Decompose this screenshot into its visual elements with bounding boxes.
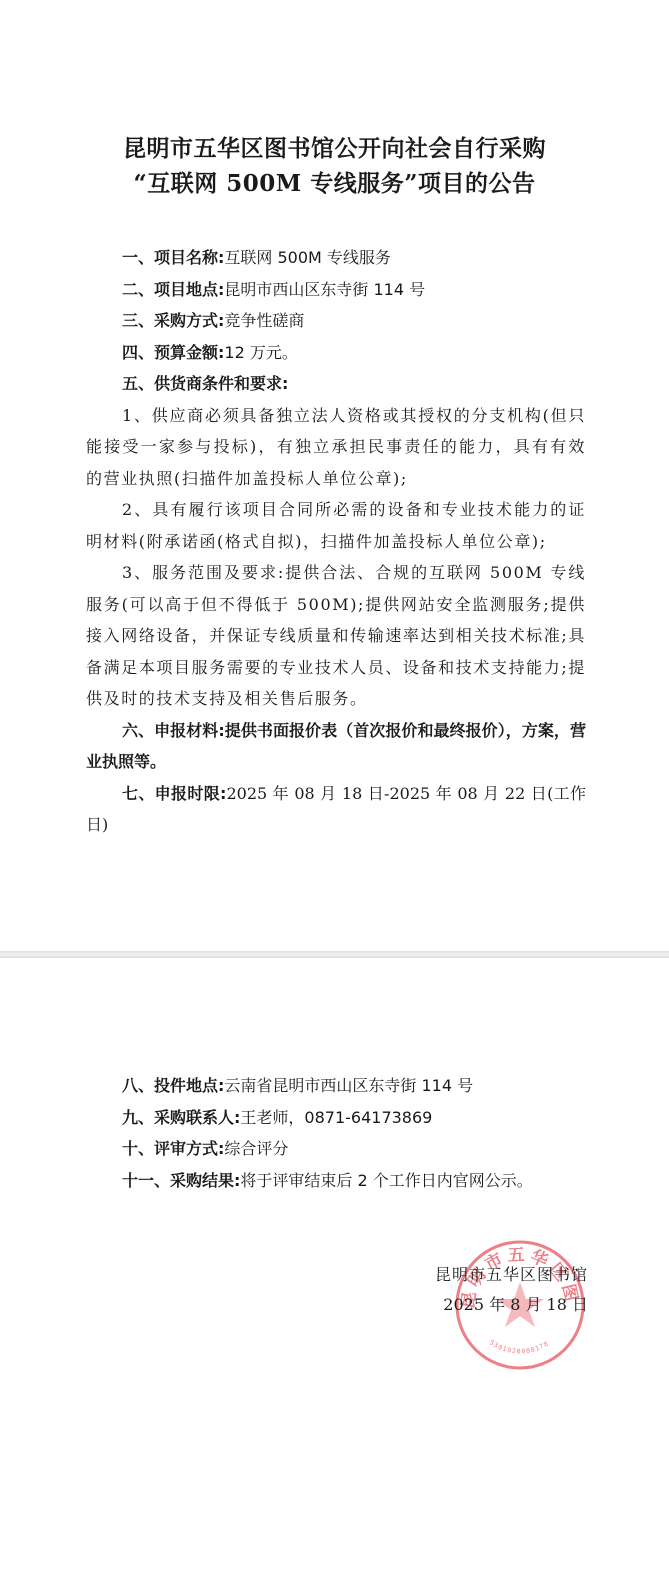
signature-block: 昆明市五华区图书馆 2025 年 8 月 18 日 <box>410 1260 588 1320</box>
item-submission-deadline: 七、申报时限:2025 年 08 月 18 日-2025 年 08 月 22 日… <box>86 778 586 841</box>
document-title-line-2: “互联网 500M 专线服务”项目的公告 <box>0 166 669 201</box>
item-procurement-method: 三、采购方式:竞争性磋商 <box>86 305 586 337</box>
item-label: 十一、采购结果: <box>122 1171 240 1190</box>
item-evaluation-method: 十、评审方式:综合评分 <box>86 1133 586 1165</box>
item-value: 王老师，0871-64173869 <box>240 1108 432 1127</box>
item-label: 四、预算金额: <box>122 343 224 362</box>
item-label: 十、评审方式: <box>122 1139 224 1158</box>
item-value: 综合评分 <box>224 1139 288 1158</box>
requirement-2: 2、具有履行该项目合同所必需的设备和专业技术能力的证明材料(附承诺函(格式自拟)… <box>86 494 586 557</box>
item-value: 云南省昆明市西山区东寺街 114 号 <box>224 1076 473 1095</box>
item-budget: 四、预算金额:12 万元。 <box>86 337 586 369</box>
item-value: 互联网 500M 专线服务 <box>224 248 391 267</box>
item-label: 九、采购联系人: <box>122 1108 240 1127</box>
item-procurement-contact: 九、采购联系人:王老师，0871-64173869 <box>86 1102 586 1134</box>
item-project-name: 一、项目名称:互联网 500M 专线服务 <box>86 242 586 274</box>
signature-organization: 昆明市五华区图书馆 <box>410 1260 588 1290</box>
requirement-3: 3、服务范围及要求:提供合法、合规的互联网 500M 专线服务(可以高于但不得低… <box>86 557 586 715</box>
item-label: 一、项目名称: <box>122 248 224 267</box>
announcement-body-continued: 八、投件地点:云南省昆明市西山区东寺街 114 号 九、采购联系人:王老师，08… <box>86 1070 586 1196</box>
announcement-body: 一、项目名称:互联网 500M 专线服务 二、项目地点:昆明市西山区东寺街 11… <box>86 242 586 841</box>
item-value: 竞争性磋商 <box>224 311 304 330</box>
item-value: 将于评审结束后 2 个工作日内官网公示。 <box>240 1171 532 1190</box>
item-supplier-requirements: 五、供货商条件和要求: <box>86 368 586 400</box>
svg-text:5301020008178: 5301020008178 <box>488 1338 550 1355</box>
item-label: 八、投件地点: <box>122 1076 224 1095</box>
item-label: 六、申报材料: <box>122 721 225 740</box>
page-separator <box>0 951 669 958</box>
item-label: 三、采购方式: <box>122 311 224 330</box>
item-label: 七、申报时限: <box>122 784 226 803</box>
item-value: 昆明市西山区东寺街 114 号 <box>224 280 425 299</box>
item-label: 二、项目地点: <box>122 280 224 299</box>
item-submission-materials: 六、申报材料:提供书面报价表（首次报价和最终报价），方案，营业执照等。 <box>86 715 586 778</box>
item-procurement-result: 十一、采购结果:将于评审结束后 2 个工作日内官网公示。 <box>86 1165 586 1197</box>
document-page-1: 昆明市五华区图书馆公开向社会自行采购 “互联网 500M 专线服务”项目的公告 … <box>0 0 669 951</box>
signature-date: 2025 年 8 月 18 日 <box>410 1290 588 1320</box>
item-project-location: 二、项目地点:昆明市西山区东寺街 114 号 <box>86 274 586 306</box>
item-value: 12 万元。 <box>224 343 297 362</box>
item-submission-location: 八、投件地点:云南省昆明市西山区东寺街 114 号 <box>86 1070 586 1102</box>
document-title-line-1: 昆明市五华区图书馆公开向社会自行采购 <box>0 131 669 166</box>
requirement-1: 1、供应商必须具备独立法人资格或其授权的分支机构(但只能接受一家参与投标)，有独… <box>86 400 586 495</box>
item-label: 五、供货商条件和要求: <box>122 374 288 393</box>
